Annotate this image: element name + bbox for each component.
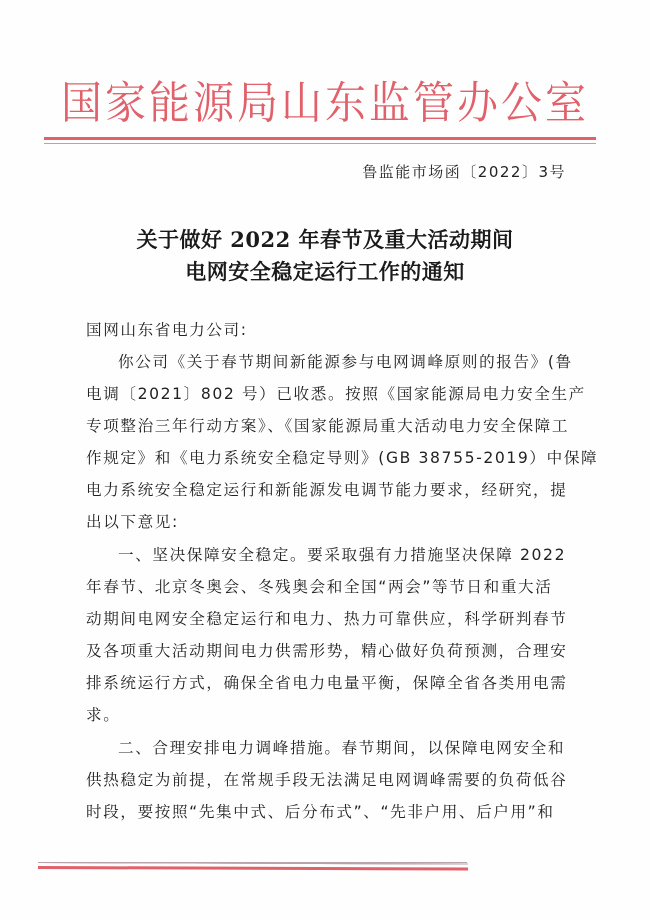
- paragraph-1-line: 电力系统安全稳定运行和新能源发电调节能力要求，经研究，提: [86, 480, 566, 500]
- paragraph-3-line: 供热稳定为前提，在常规手段无法满足电网调峰需要的负荷低谷: [86, 770, 566, 790]
- paragraph-1-line: 专项整治三年行动方案》、《国家能源局重大活动电力安全保障工: [86, 416, 566, 436]
- paragraph-1-line: 电调〔2021〕802 号）已收悉。按照《国家能源局电力安全生产: [86, 384, 566, 404]
- notice-title-line-1: 关于做好 2022 年春节及重大活动期间: [0, 224, 650, 254]
- paragraph-2-line: 及各项重大活动期间电力供需形势，精心做好负荷预测，合理安: [86, 641, 566, 661]
- paragraph-1-line: 作规定》和《电力系统安全稳定导则》(GB 38755-2019）中保障: [86, 448, 566, 468]
- paragraph-2-line: 动期间电网安全稳定运行和电力、热力可靠供应，科学研判春节: [86, 609, 566, 629]
- notice-title-line-2: 电网安全稳定运行工作的通知: [0, 256, 650, 286]
- header-thin-rule: [44, 143, 596, 144]
- document-number: 鲁监能市场函〔2022〕3号: [362, 161, 566, 182]
- header-red-rule: [44, 137, 596, 140]
- document-page: 国家能源局山东监管办公室 鲁监能市场函〔2022〕3号 关于做好 2022 年春…: [0, 0, 650, 919]
- paragraph-2-line: 一、坚决保障安全稳定。要采取强有力措施坚决保障 2022: [118, 545, 598, 565]
- footer-red-rule: [38, 866, 468, 871]
- paragraph-3-line: 二、合理安排电力调峰措施。春节期间，以保障电网安全和: [118, 738, 598, 758]
- paragraph-2-line: 求。: [86, 705, 566, 725]
- paragraph-1-line: 出以下意见:: [86, 512, 566, 532]
- paragraph-2-line: 排系统运行方式，确保全省电力电量平衡，保障全省各类用电需: [86, 673, 566, 693]
- letterhead-org-name: 国家能源局山东监管办公室: [0, 76, 650, 130]
- paragraph-3-line: 时段，要按照“先集中式、后分布式”、“先非户用、后户用”和: [86, 802, 566, 822]
- paragraph-1-line: 你公司《关于春节期间新能源参与电网调峰原则的报告》(鲁: [118, 352, 598, 372]
- paragraph-2-line: 年春节、北京冬奥会、冬残奥会和全国“两会”等节日和重大活: [86, 577, 566, 597]
- salutation: 国网山东省电力公司:: [86, 320, 566, 340]
- footer-thin-rule-full: [38, 862, 467, 863]
